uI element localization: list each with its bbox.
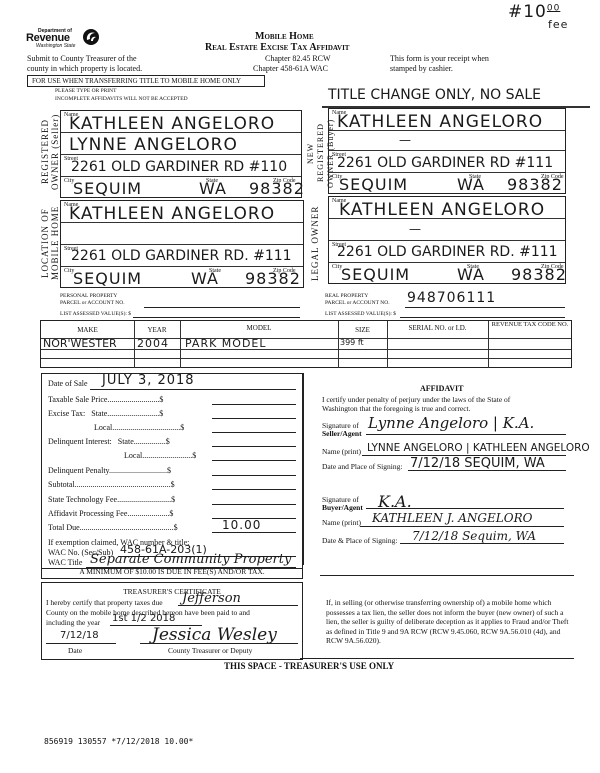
- delinquent-interest-state-field[interactable]: [212, 446, 296, 447]
- fee-label: Affidavit Processing Fee: [48, 509, 127, 518]
- seller-signature-field[interactable]: [366, 434, 566, 435]
- use-notice-box: FOR USE WHEN TRANSFERRING TITLE TO MOBIL…: [27, 75, 265, 87]
- buyer-name-label: Name (print): [322, 518, 361, 527]
- treasurer-year-label: including the year: [46, 618, 100, 627]
- treasurer-certify-line1: I hereby certify that property taxes due: [46, 598, 163, 607]
- use-notice-text: FOR USE WHEN TRANSFERRING TITLE TO MOBIL…: [32, 77, 241, 85]
- affidavit-certify-1: I certify under penalty of perjury under…: [322, 395, 510, 404]
- form-title-line2: Real Estate Excise Tax Affidavit: [205, 42, 349, 53]
- buyer-signature-label: Signature of Buyer/Agent: [322, 496, 363, 512]
- seller-label-2: OWNER (Seller): [50, 114, 60, 190]
- excise-local-field[interactable]: [212, 432, 296, 433]
- fee-row: Excise Tax: State.......................…: [48, 409, 163, 418]
- dor-swirl-icon: [82, 28, 100, 46]
- affidavit-certify-2: Washington that the foregoing is true an…: [322, 404, 471, 413]
- real-property-label: REAL PROPERTY PARCEL or ACCOUNT NO.: [325, 293, 390, 307]
- receipt-stamp: 856919 130557 *7/12/2018 10.00*: [44, 737, 193, 746]
- form-title-line1: Mobile Home: [255, 31, 314, 42]
- cell-size: 399 ft: [340, 338, 364, 347]
- buyer-signature-field[interactable]: [366, 508, 564, 509]
- personal-assessed-label: LIST ASSESSED VALUE(S): $: [60, 311, 131, 317]
- fee-label: Subtotal: [48, 480, 75, 489]
- personal-property-label-1: PERSONAL PROPERTY: [60, 293, 125, 300]
- location-label-1: LOCATION OF: [40, 208, 50, 278]
- seller-date-value: 7/12/18 SEQUIM, WA: [410, 456, 545, 471]
- chapter-rcw: Chapter 82.45 RCW: [265, 54, 331, 63]
- real-assessed-field[interactable]: [400, 317, 565, 318]
- warning-bottom-rule: [300, 658, 574, 659]
- logo-state-text: Washington State: [36, 43, 75, 49]
- legal-zip-value: 98382: [511, 265, 567, 284]
- personal-parcel-field[interactable]: [144, 307, 300, 308]
- buyer-name-field[interactable]: [360, 526, 564, 527]
- buyer-zip-value: 98382: [507, 175, 563, 194]
- fee-row: Local.........................$: [124, 451, 196, 460]
- personal-assessed-field[interactable]: [133, 317, 300, 318]
- tech-fee-field[interactable]: [212, 504, 296, 505]
- taxable-sale-price-field[interactable]: [212, 404, 296, 405]
- treasurer-signature-value: Jessica Wesley: [152, 625, 277, 645]
- minimum-notice-box: A MINIMUM OF $10.00 IS DUE IN FEE(S) AND…: [41, 565, 303, 579]
- location-label-2: MOBILE HOME: [50, 206, 60, 280]
- location-city-row[interactable]: City SEQUIM State WA Zip Code 98382: [61, 267, 303, 288]
- fee-row: Delinquent Interest: State..............…: [48, 437, 170, 446]
- real-assessed-label: LIST ASSESSED VALUE(S): $: [325, 311, 396, 317]
- location-name1-row[interactable]: Name KATHLEEN ANGELORO: [61, 201, 303, 223]
- fee-label: Local: [124, 451, 142, 460]
- minimum-notice-text: A MINIMUM OF $10.00 IS DUE IN FEE(S) AND…: [42, 565, 302, 578]
- legal-name2-row[interactable]: —: [329, 219, 565, 241]
- fee-row: Taxable Sale Price......................…: [48, 395, 163, 404]
- seller-sig-label-2: Seller/Agent: [322, 430, 362, 438]
- personal-property-label: PERSONAL PROPERTY PARCEL or ACCOUNT NO.: [60, 293, 125, 307]
- buyer-box: Name KATHLEEN ANGELORO — Street 2261 OLD…: [328, 108, 566, 194]
- seller-state-value: WA: [199, 179, 227, 198]
- treasurer-certify-prefix: I hereby certify that property taxes due: [46, 598, 163, 607]
- location-section-label: LOCATION OFMOBILE HOME: [40, 202, 62, 284]
- vehicle-header-row: MAKE YEAR MODEL SIZE SERIAL NO. or I.D. …: [41, 321, 571, 339]
- seller-name-value: LYNNE ANGELORO | KATHLEEN ANGELORO: [367, 442, 590, 454]
- header-serial: SERIAL NO. or I.D.: [387, 324, 488, 332]
- legal-state-value: WA: [457, 265, 485, 284]
- fee-label: Local: [94, 423, 112, 432]
- header-year: YEAR: [134, 326, 180, 334]
- treasurer-certificate-box: TREASURER'S CERTIFICATE I hereby certify…: [41, 582, 303, 660]
- real-property-label-1: REAL PROPERTY: [325, 293, 390, 300]
- subtotal-field[interactable]: [212, 489, 296, 490]
- buyer-label-1: NEW REGISTERED: [306, 124, 325, 183]
- treasurer-year-value: 1st 1/2 2018: [112, 613, 175, 624]
- affidavit-title: AFFIDAVIT: [420, 384, 463, 393]
- seller-name1-value: KATHLEEN ANGELORO: [69, 114, 275, 134]
- real-parcel-value: 948706111: [407, 290, 496, 306]
- incomplete-warning: INCOMPLETE AFFIDAVITS WILL NOT BE ACCEPT…: [55, 96, 188, 102]
- receipt-notice-1: This form is your receipt when: [390, 54, 489, 63]
- seller-name2-row[interactable]: LYNNE ANGELORO: [61, 133, 301, 155]
- total-due-value: 10.00: [222, 518, 261, 532]
- fee-amount: #10: [508, 2, 547, 22]
- seller-signature-value: Lynne Angeloro | K.A.: [368, 414, 534, 432]
- buyer-section-label: NEW REGISTEREDOWNER (Buyer): [306, 112, 328, 194]
- buyer-name2-row[interactable]: —: [329, 131, 565, 151]
- vehicle-table: MAKE YEAR MODEL SIZE SERIAL NO. or I.D. …: [40, 320, 572, 368]
- tax-lien-warning: If, in selling (or otherwise transferrin…: [326, 598, 574, 646]
- location-name2-row[interactable]: [61, 223, 303, 245]
- delinquent-penalty-field[interactable]: [212, 475, 296, 476]
- seller-name-label: Name (print): [322, 447, 361, 456]
- seller-city-row[interactable]: City SEQUIM State WA Zip Code 98382: [61, 177, 301, 198]
- total-due-field[interactable]: [212, 532, 296, 533]
- submit-instruction-2: county in which property is located.: [27, 64, 142, 73]
- location-street-row[interactable]: Street 2261 OLD GARDINER RD. #111: [61, 245, 303, 267]
- dor-logo: Department of Revenue Washington State: [26, 28, 106, 52]
- seller-section-label: REGISTEREDOWNER (Seller): [40, 112, 62, 192]
- buyer-street-value: 2261 OLD GARDINER RD #111: [337, 155, 553, 171]
- fee-row: Local..................................$: [94, 423, 184, 432]
- buyer-city-value: SEQUIM: [339, 175, 408, 194]
- seller-date-field[interactable]: [408, 470, 566, 471]
- fee-cents: 00: [547, 3, 560, 13]
- buyer-name-value: KATHLEEN J. ANGELORO: [372, 511, 532, 525]
- buyer-state-value: WA: [457, 175, 485, 194]
- vehicle-row-3[interactable]: [41, 359, 571, 368]
- sale-fees-box: Date of Sale JULY 3, 2018 Taxable Sale P…: [41, 373, 303, 569]
- chapter-wac: Chapter 458-61A WAC: [253, 64, 328, 73]
- treasurer-date-value: 7/12/18: [60, 630, 99, 641]
- fee-label: Total Due: [48, 523, 80, 532]
- buyer-name1-value: KATHLEEN ANGELORO: [337, 112, 543, 132]
- seller-street-value: 2261 OLD GARDINER RD #110: [71, 159, 287, 175]
- excise-state-field[interactable]: [212, 418, 296, 419]
- buyer-sig-label-2: Buyer/Agent: [322, 504, 363, 512]
- location-zip-value: 98382: [245, 269, 301, 288]
- receipt-notice-2: stamped by cashier.: [390, 64, 453, 73]
- treasurer-date-label: Date: [68, 646, 82, 655]
- treasurer-use-only: THIS SPACE - TREASURER'S USE ONLY: [224, 661, 394, 671]
- seller-date-label: Date and Place of Signing:: [322, 462, 402, 471]
- fee-row: Affidavit Processing Fee................…: [48, 509, 173, 518]
- real-property-label-2: PARCEL or ACCOUNT NO.: [325, 300, 390, 307]
- location-city-value: SEQUIM: [73, 269, 142, 288]
- seller-city-value: SEQUIM: [73, 179, 142, 198]
- fee-label: State Technology Fee: [48, 495, 117, 504]
- fee-label: Taxable Sale Price: [48, 395, 107, 404]
- vehicle-row-2[interactable]: [41, 350, 571, 359]
- legal-street-row[interactable]: Street 2261 OLD GARDINER RD. #111: [329, 241, 565, 263]
- header-tax-code: REVENUE TAX CODE NO.: [488, 321, 572, 328]
- legal-owner-section-label: LEGAL OWNER: [310, 200, 324, 286]
- legal-city-row[interactable]: City SEQUIM State WA Zip Code 98382: [329, 263, 565, 284]
- seller-box: Name KATHLEEN ANGELORO LYNNE ANGELORO St…: [60, 110, 302, 198]
- fee-row: Subtotal................................…: [48, 480, 175, 489]
- fee-row: Delinquent Penalty......................…: [48, 466, 171, 475]
- fee-label: Delinquent Penalty: [48, 466, 109, 475]
- buyer-date-value: 7/12/18 Sequim, WA: [412, 529, 536, 543]
- buyer-name1-row[interactable]: Name KATHLEEN ANGELORO: [329, 109, 565, 131]
- handwritten-title-note: TITLE CHANGE ONLY, NO SALE: [328, 87, 541, 103]
- header-model: MODEL: [180, 324, 338, 332]
- fee-row: Total Due...............................…: [48, 523, 178, 532]
- header-size: SIZE: [338, 326, 387, 334]
- cell-make: NOR'WESTER: [43, 337, 117, 350]
- treasurer-title: TREASURER'S CERTIFICATE: [42, 587, 302, 596]
- affidavit-frame-left: [303, 373, 304, 565]
- personal-property-label-2: PARCEL or ACCOUNT NO.: [60, 300, 125, 307]
- cell-year: 2004: [137, 337, 169, 350]
- real-parcel-field[interactable]: [405, 307, 565, 308]
- legal-name1-row[interactable]: Name KATHLEEN ANGELORO: [329, 197, 565, 219]
- submit-instruction-1: Submit to County Treasurer of the: [27, 54, 137, 63]
- fee-row: State Technology Fee....................…: [48, 495, 175, 504]
- fee-label: Excise Tax: State: [48, 409, 107, 418]
- legal-name1-value: KATHLEEN ANGELORO: [339, 200, 545, 220]
- location-name1-value: KATHLEEN ANGELORO: [69, 204, 275, 224]
- legal-name2-value: —: [409, 222, 422, 236]
- seller-signature-label: Signature of Seller/Agent: [322, 422, 362, 438]
- cell-model: PARK MODEL: [185, 337, 267, 350]
- seller-zip-value: 98382: [249, 179, 305, 198]
- date-of-sale-value: JULY 3, 2018: [102, 373, 195, 388]
- seller-name1-row[interactable]: Name KATHLEEN ANGELORO: [61, 111, 301, 133]
- date-of-sale-label: Date of Sale: [48, 379, 88, 388]
- seller-street-row[interactable]: Street 2261 OLD GARDINER RD #110: [61, 155, 301, 177]
- seller-name2-value: LYNNE ANGELORO: [69, 135, 238, 155]
- legal-street-value: 2261 OLD GARDINER RD. #111: [337, 244, 558, 260]
- seller-label-1: REGISTERED: [40, 120, 50, 185]
- buyer-date-label: Date & Place of Signing:: [322, 536, 397, 545]
- treasurer-county-field[interactable]: [178, 605, 298, 606]
- header-make: MAKE: [41, 326, 134, 334]
- buyer-street-row[interactable]: Street 2261 OLD GARDINER RD #111: [329, 151, 565, 173]
- vehicle-row-1[interactable]: NOR'WESTER 2004 PARK MODEL 399 ft: [41, 339, 571, 350]
- legal-owner-box: Name KATHLEEN ANGELORO — Street 2261 OLD…: [328, 196, 566, 284]
- type-or-print: PLEASE TYPE OR PRINT: [55, 88, 116, 94]
- location-state-value: WA: [191, 269, 219, 288]
- margin-fee-label: fee: [548, 18, 568, 31]
- buyer-city-row[interactable]: City SEQUIM State WA Zip Code 98382: [329, 173, 565, 194]
- location-street-value: 2261 OLD GARDINER RD. #111: [71, 248, 292, 264]
- treasurer-signature-field[interactable]: [140, 643, 298, 644]
- treasurer-county-value: Jefferson: [182, 591, 241, 606]
- legal-owner-label: LEGAL OWNER: [310, 205, 320, 280]
- treasurer-date-field[interactable]: [46, 643, 116, 644]
- legal-city-value: SEQUIM: [341, 265, 410, 284]
- date-of-sale-field[interactable]: [90, 389, 296, 390]
- affidavit-bottom-rule: [320, 575, 574, 576]
- delinquent-interest-local-field[interactable]: [212, 460, 296, 461]
- fee-label: Delinquent Interest: State: [48, 437, 134, 446]
- buyer-date-field[interactable]: [400, 543, 564, 544]
- buyer-name2-value: —: [399, 133, 412, 147]
- treasurer-signature-label: County Treasurer or Deputy: [168, 646, 252, 655]
- location-box: Name KATHLEEN ANGELORO Street 2261 OLD G…: [60, 200, 304, 288]
